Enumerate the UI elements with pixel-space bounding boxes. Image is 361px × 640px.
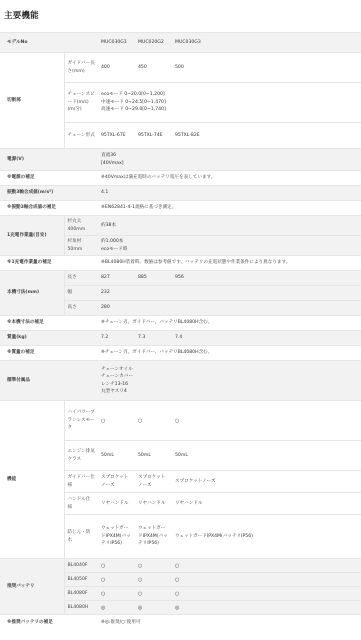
spec-table: モデルNo MUC030G1 MUC020G2 MUC030G3 切断部 ガイド… [0,32,361,630]
table-row: ※本機寸法の補足 ※チェーン刃、ガイドバー、バッテリBL4080H含む。 [0,316,361,331]
row-label: 1充電作業量(目安) [0,216,64,256]
model-1: MUC030G1 [98,33,135,53]
row-label: 推奨バッテリ [0,559,64,615]
table-row: 切断部 ガイドバー長さ(mm) 400 450 500 [0,53,361,83]
table-row: 標準付属品 チェーンオイル チェーンカバー レンチ13-16 丸型ヤスリ4 [0,361,361,401]
row-label: ※推奨バッテリの補足 [0,615,98,630]
row-label: ※質量の補足 [0,346,98,361]
table-row-model: モデルNo MUC030G1 MUC020G2 MUC030G3 [0,33,361,53]
table-row: ※質量の補足 ※チェーン刃、ガイドバー、バッテリBL4080H含む。 [0,346,361,361]
table-row: 電源(V) 直流36[40Vmax] [0,149,361,171]
model-2: MUC020G2 [135,33,172,53]
table-row: ※推奨バッテリの補足 ※◎:推奨/○:使用可 [0,615,361,630]
row-label: 本機寸法(mm) [0,271,64,316]
sub-label: チェーン形式 [64,123,98,149]
row-label: 振動3軸合成値(m/s²) [0,186,98,201]
table-row: ※1充電作業量の補足 ※BL4080H装着時。数値は参考値です。バッテリの充電状… [0,256,361,271]
row-label: 質量(kg) [0,331,98,346]
row-label: ※1充電作業量の補足 [0,256,98,271]
table-row: 振動3軸合成値(m/s²) 4.1 [0,186,361,201]
row-label: ※電源の補足 [0,171,98,186]
row-label: 電源(V) [0,149,98,171]
page-title: 主要機能 [4,10,39,24]
table-row: 機能 ハイパワーブラシレスモータ ○ ○ ○ [0,401,361,441]
table-row: ※振動3軸合成値の補足 ※EN62841-4-1規格に基づき測定。 [0,201,361,216]
sub-label: ガイドバー長さ(mm) [64,53,98,83]
table-row: 質量(kg) 7.2 7.3 7.4 [0,331,361,346]
row-label: 標準付属品 [0,361,98,401]
sub-label: チェーンスピード(m/s)(m/分) [64,83,98,123]
table-row: ※電源の補足 ※40Vmaxは満充電時のバッテリ電圧を表しています。 [0,171,361,186]
table-row: 1充電作業量(目安) 杉丸太400mm 約38本 [0,216,361,236]
row-label: モデルNo [0,33,64,53]
table-row: 推奨バッテリ BL4040F ○ ○ ○ [0,559,361,573]
row-label: 機能 [0,401,64,559]
table-row: 本機寸法(mm) 長さ 827 885 956 [0,271,361,286]
row-label: 切断部 [0,53,64,149]
model-3: MUC030G3 [172,33,361,53]
row-label: ※本機寸法の補足 [0,316,98,331]
row-label: ※振動3軸合成値の補足 [0,201,98,216]
